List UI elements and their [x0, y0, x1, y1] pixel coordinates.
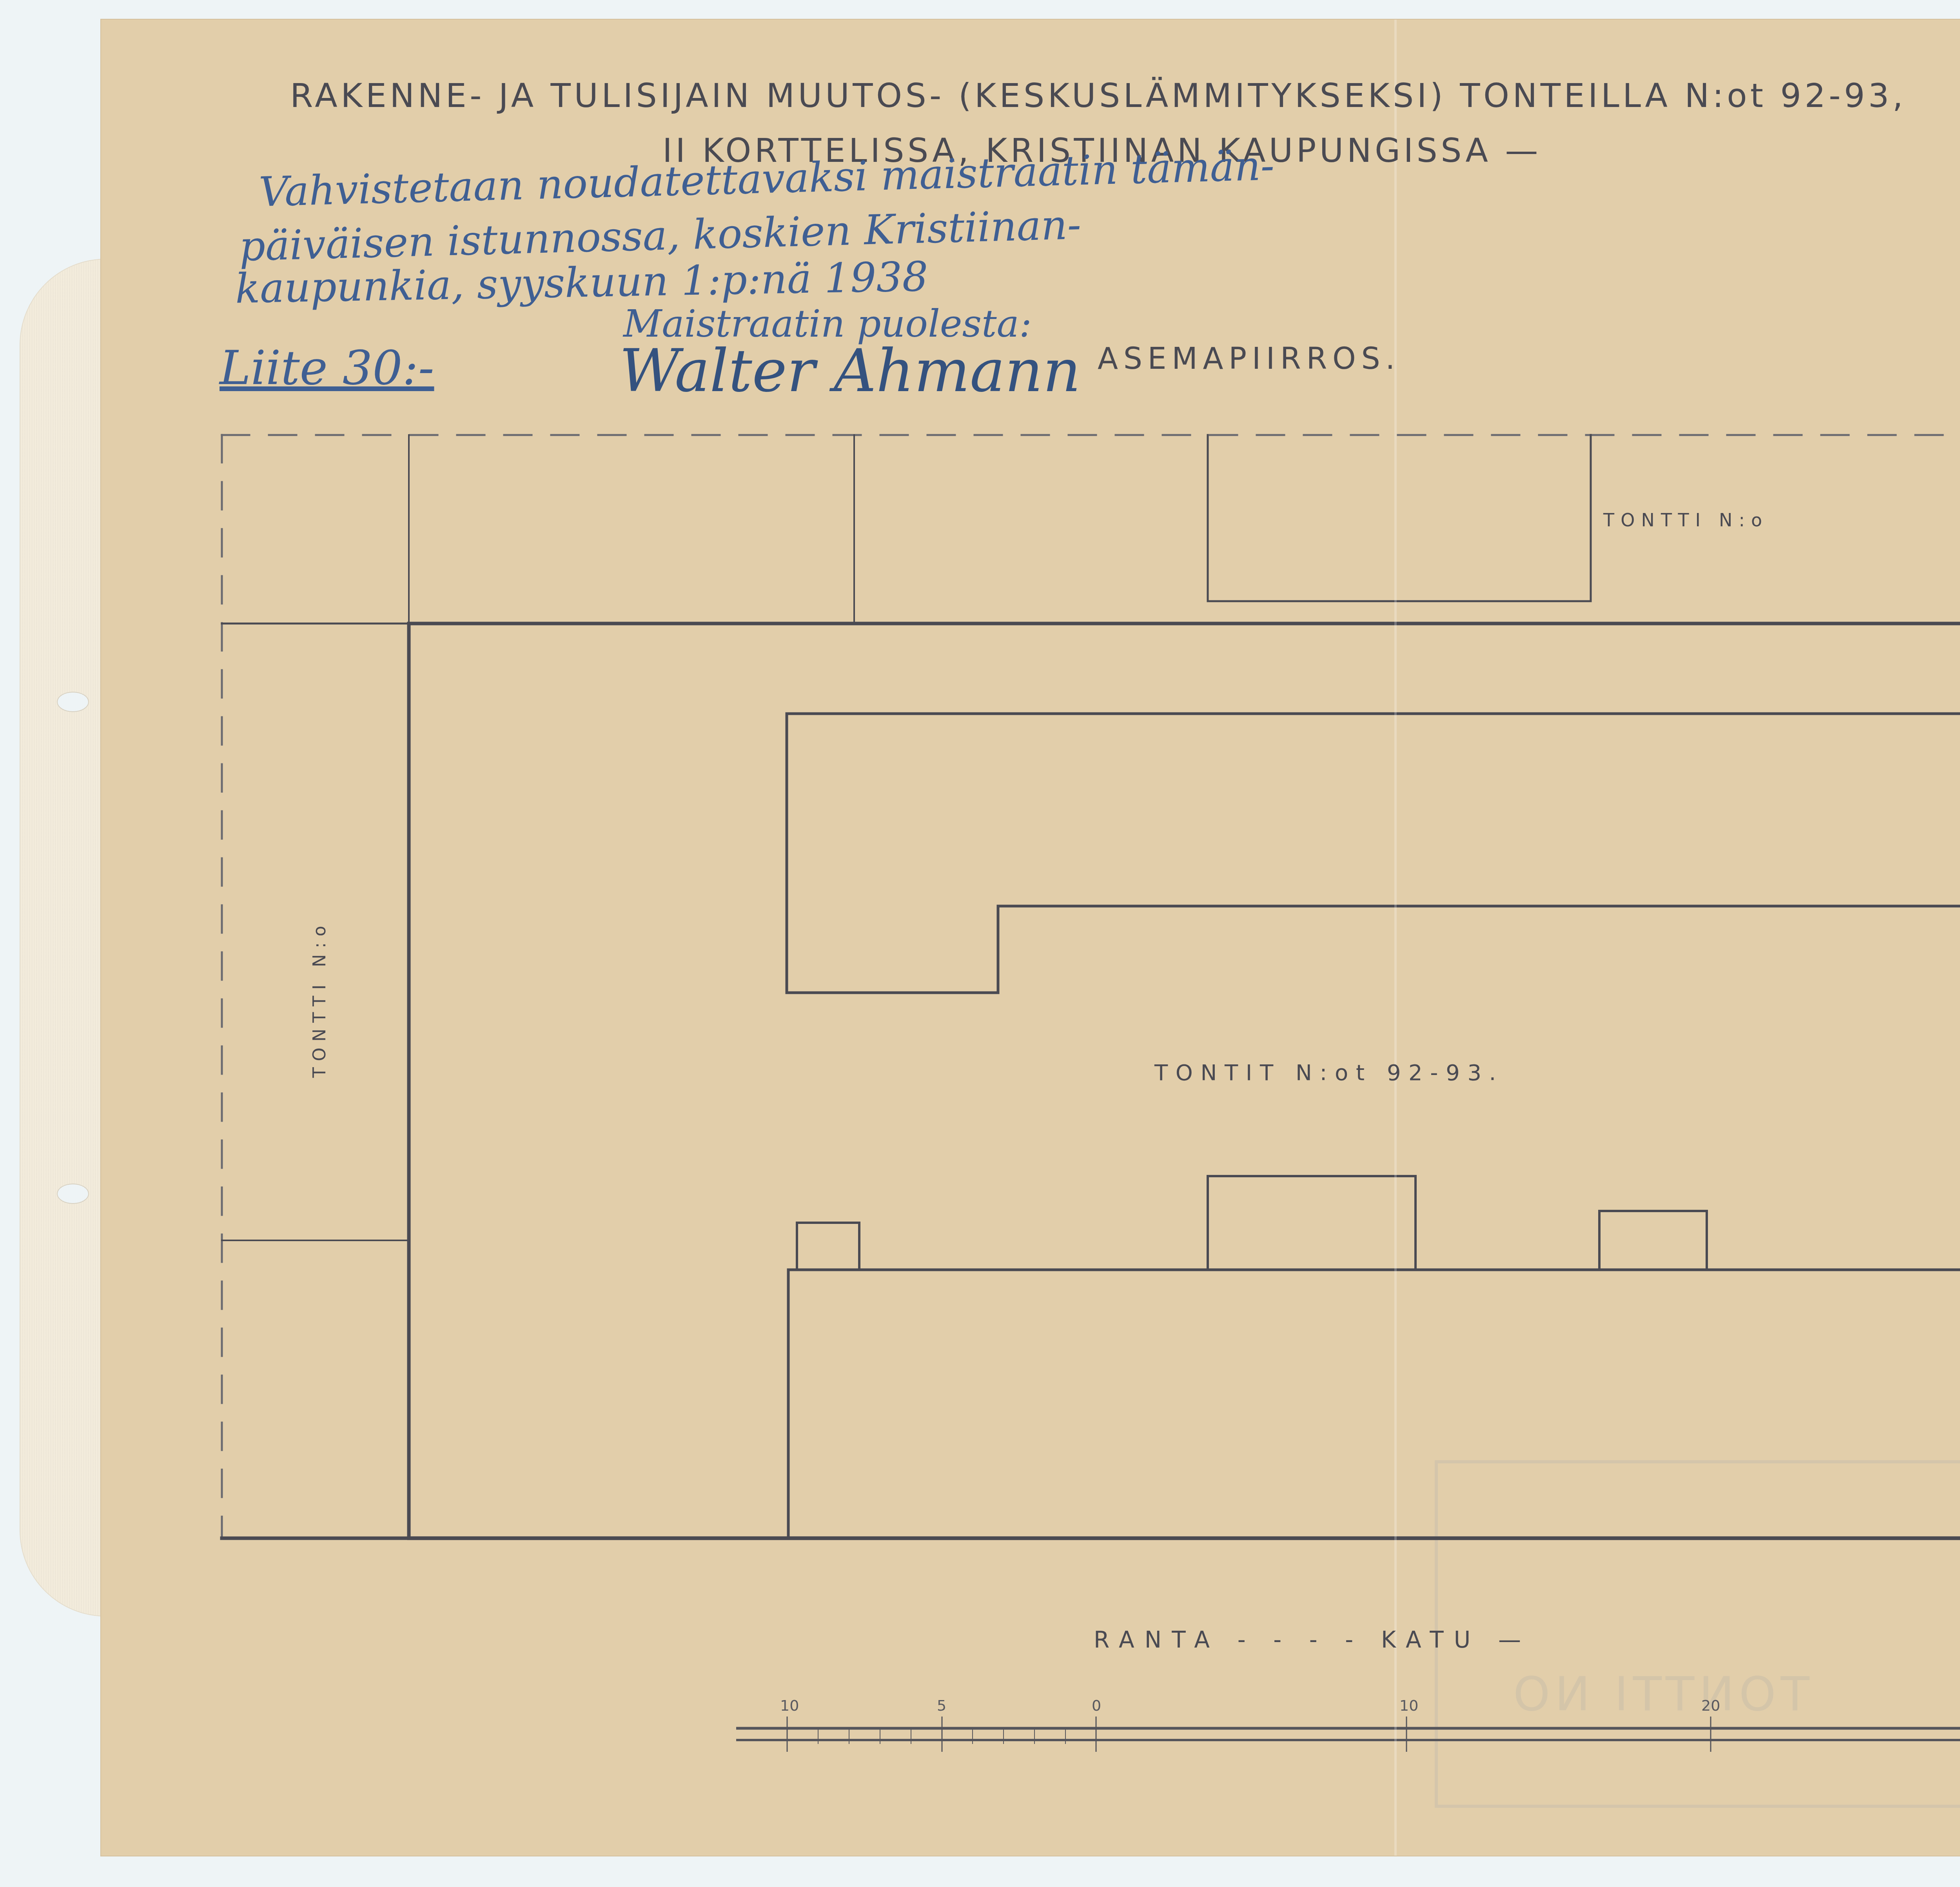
drawing-title-line-1: RAKENNE- JA TULISIJAIN MUUTOS- (KESKUSLÄ…	[290, 76, 1906, 115]
annex-right	[1599, 1211, 1707, 1270]
scale-tick-label: 10	[780, 1697, 799, 1714]
annex-middle	[1208, 1176, 1416, 1270]
street-name-label: RANTA - - - - KATU —	[1094, 1626, 1531, 1653]
approval-signature: Walter Ahmann	[619, 337, 1081, 405]
scale-tick-label: 0	[1092, 1697, 1101, 1714]
main-plot-label: TONTIT N:ot 92-93.	[1154, 1060, 1504, 1086]
attachment-label: Liite 30:-	[220, 341, 434, 395]
lower-building	[788, 1270, 1960, 1538]
left-neighbor-label: TONTTI N:o	[310, 920, 330, 1078]
drawing-name: ASEMAPIIRROS.	[1098, 341, 1400, 376]
top-neighbor-label: TONTTI N:o	[1603, 509, 1768, 531]
annex-small-left	[797, 1223, 859, 1270]
top-neighbor-building	[1208, 435, 1591, 601]
scale-bar	[736, 1717, 1960, 1752]
scale-tick-label: 5	[937, 1697, 946, 1714]
scale-tick-label: 20	[1701, 1697, 1720, 1714]
upper-building	[787, 714, 1960, 993]
scale-tick-label: 10	[1399, 1697, 1418, 1714]
